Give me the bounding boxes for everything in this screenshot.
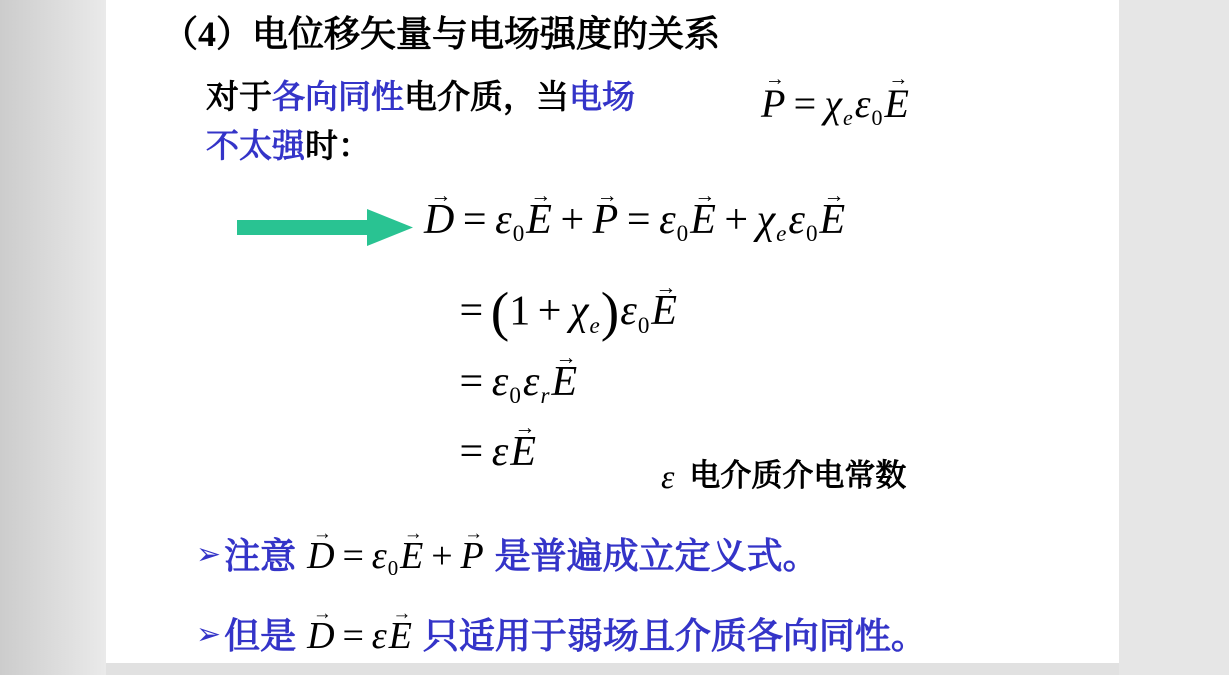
math-operator: = xyxy=(627,196,651,244)
note-definition: ➢注意D=ε0E+P是普遍成立定义式。 xyxy=(196,528,819,581)
text-segment: 各向同性 xyxy=(272,80,404,116)
math-paren: ) xyxy=(601,280,619,343)
math-vector-variable: E xyxy=(819,196,847,244)
math-operator: = xyxy=(794,80,817,127)
math-variable: ε0 xyxy=(619,287,650,338)
slide-title: （4）电位移矢量与电场强度的关系 xyxy=(162,6,720,57)
math-variable: ε0 xyxy=(787,196,818,247)
note-limitation: ➢但是D=εE只适用于弱场且介质各向同性。 xyxy=(196,608,927,659)
math-operator: = xyxy=(460,358,484,406)
math-operator: + xyxy=(538,287,562,335)
note-formula: D=ε0E+P xyxy=(306,534,485,581)
displacement-equation-line-3: =ε0εrE xyxy=(452,358,578,409)
math-operator: = xyxy=(342,614,363,658)
math-variable: ε xyxy=(660,459,675,497)
math-subscript: 0 xyxy=(509,382,521,408)
note-tail: 只适用于弱场且介质各向同性。 xyxy=(423,616,927,656)
math-operator: + xyxy=(724,196,748,244)
displacement-equation-line-2: =(1+χe)ε0E xyxy=(452,280,678,343)
viewer-right-gutter xyxy=(1119,0,1229,675)
epsilon-symbol: ε xyxy=(660,459,675,497)
math-subscript: 0 xyxy=(638,312,650,338)
note-lead: 但是 xyxy=(224,616,296,656)
text-segment: 不太强 xyxy=(206,129,305,165)
note-formula: D=εE xyxy=(306,614,413,658)
math-vector-variable: E xyxy=(650,287,678,335)
math-operator: = xyxy=(342,534,363,578)
math-variable: χe xyxy=(569,287,601,338)
note-lead: 注意 xyxy=(224,536,296,576)
math-vector-variable: E xyxy=(884,80,910,127)
math-variable: ε xyxy=(491,428,510,476)
blue-arrowhead-bullet-icon: ➢ xyxy=(196,537,221,572)
text-segment: 电场 xyxy=(569,80,635,116)
math-variable: ε0 xyxy=(491,358,522,409)
math-subscript: e xyxy=(590,312,600,338)
displacement-equation-line-4: =εE xyxy=(452,428,537,476)
math-subscript: 0 xyxy=(388,556,398,580)
math-operator: + xyxy=(431,534,452,578)
intro-paragraph: 对于各向同性电介质，当电场不太强时： xyxy=(206,74,635,172)
math-variable: ε0 xyxy=(658,196,689,247)
math-vector-variable: D xyxy=(423,196,455,244)
math-paren: ( xyxy=(491,280,509,343)
viewer-left-gutter xyxy=(0,0,106,675)
green-arrow-icon xyxy=(237,207,413,247)
text-segment: 时： xyxy=(305,129,371,165)
math-variable: χe xyxy=(756,196,788,247)
math-vector-variable: E xyxy=(399,534,424,578)
math-subscript: 0 xyxy=(513,220,525,246)
math-operator: = xyxy=(463,196,487,244)
math-operator: = xyxy=(460,428,484,476)
epsilon-caption-text: 电介质介电常数 xyxy=(689,458,906,493)
math-variable: χe xyxy=(823,80,853,131)
math-variable: ε xyxy=(371,614,388,658)
note-tail: 是普遍成立定义式。 xyxy=(495,536,819,576)
math-subscript: e xyxy=(843,105,853,130)
math-vector-variable: D xyxy=(306,614,335,658)
math-operator: = xyxy=(460,287,484,335)
epsilon-caption: ε电介质介电常数 xyxy=(660,450,906,497)
polarization-formula: P=χeε0E xyxy=(760,80,910,131)
math-vector-variable: D xyxy=(306,534,335,578)
math-vector-variable: P xyxy=(592,196,620,244)
math-number: 1 xyxy=(509,288,530,334)
math-vector-variable: E xyxy=(525,196,553,244)
text-segment: 电介质，当 xyxy=(404,80,569,116)
math-vector-variable: E xyxy=(509,428,537,476)
math-subscript: 0 xyxy=(806,220,818,246)
math-variable: εr xyxy=(522,358,551,409)
math-variable: ε0 xyxy=(854,80,884,131)
math-operator: + xyxy=(560,196,584,244)
math-subscript: 0 xyxy=(677,220,689,246)
math-subscript: r xyxy=(540,382,549,408)
math-variable: ε0 xyxy=(371,534,399,581)
math-vector-variable: P xyxy=(459,534,484,578)
text-segment: 对于 xyxy=(206,80,272,116)
blue-arrowhead-bullet-icon: ➢ xyxy=(196,617,221,652)
displacement-equation-line-1: D=ε0E+P=ε0E+χeε0E xyxy=(423,196,846,247)
math-variable: ε0 xyxy=(494,196,525,247)
math-vector-variable: P xyxy=(760,80,786,127)
math-vector-variable: E xyxy=(550,358,578,406)
math-vector-variable: E xyxy=(689,196,717,244)
math-subscript: 0 xyxy=(872,105,883,130)
slide-viewer-page: （4）电位移矢量与电场强度的关系 对于各向同性电介质，当电场不太强时： P=χe… xyxy=(0,0,1229,675)
math-vector-variable: E xyxy=(388,614,413,658)
math-subscript: e xyxy=(776,220,786,246)
